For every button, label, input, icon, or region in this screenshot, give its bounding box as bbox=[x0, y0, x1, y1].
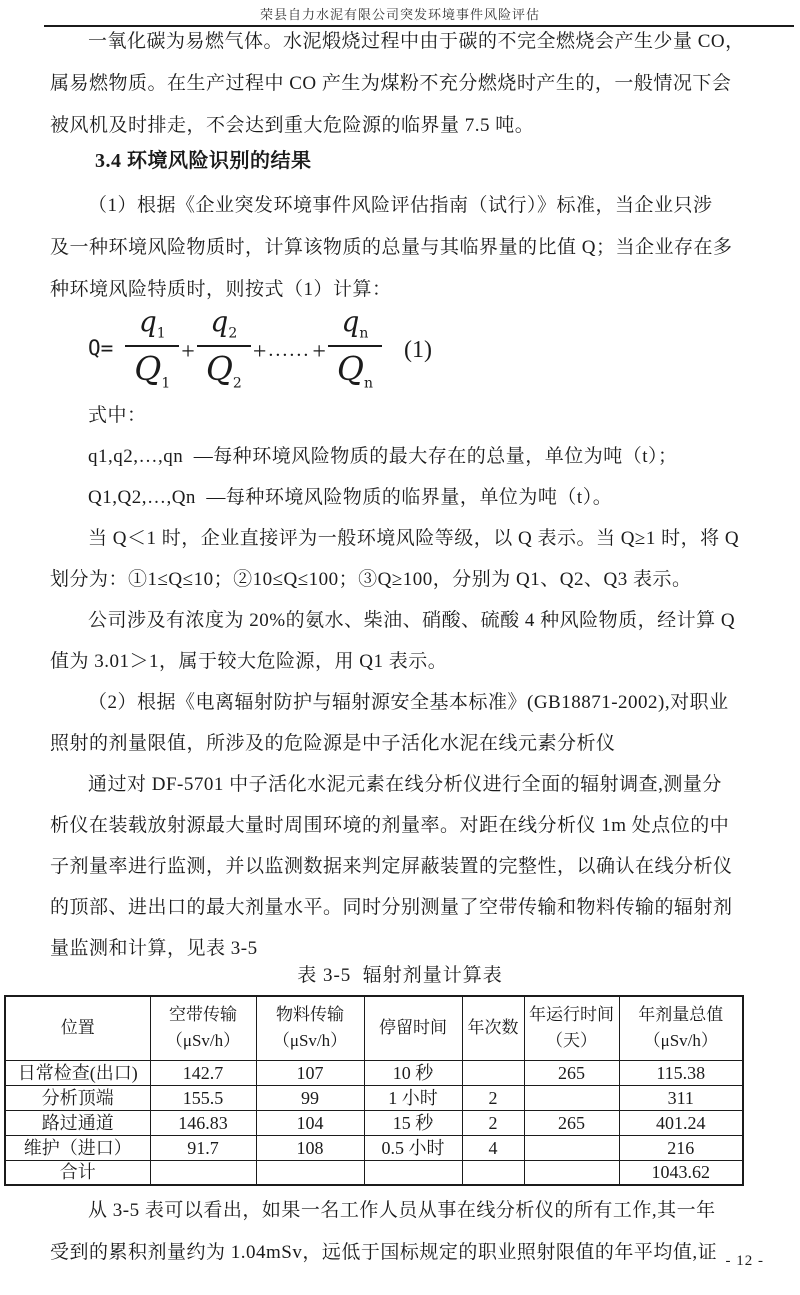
table-cell: 1 小时 bbox=[364, 1085, 462, 1110]
table-cell: 0.5 小时 bbox=[364, 1135, 462, 1160]
table-cell bbox=[462, 1060, 524, 1085]
table-header-cell: 年次数 bbox=[462, 996, 524, 1060]
formula-lhs: Q= bbox=[88, 336, 113, 360]
table-row: 分析顶端 155.5 99 1 小时 2 311 bbox=[5, 1085, 743, 1110]
doc-line: 受到的累积剂量约为 1.04mSv，远低于国标规定的职业照射限值的年平均值,证 bbox=[50, 1232, 766, 1274]
doc-line: q1,q2,…,qn —每种环境风险物质的最大存在的总量，单位为吨（t）； bbox=[50, 436, 766, 477]
table-header-row: 位置 空带传输（μSv/h） 物料传输（μSv/h） 停留时间 年次数 年运行时… bbox=[5, 996, 743, 1060]
table-cell: 216 bbox=[619, 1135, 743, 1160]
doc-line: 子剂量率进行监测，并以监测数据来判定屏蔽装置的完整性，以确认在线分析仪 bbox=[50, 846, 766, 887]
table-cell: 合计 bbox=[5, 1160, 150, 1185]
table-cell: 路过通道 bbox=[5, 1110, 150, 1135]
doc-line: 值为 3.01＞1，属于较大危险源，用 Q1 表示。 bbox=[50, 641, 766, 682]
doc-line: 照射的剂量限值，所涉及的危险源是中子活化水泥在线元素分析仪 bbox=[50, 723, 766, 764]
table-cell bbox=[364, 1160, 462, 1185]
table-cell bbox=[524, 1135, 619, 1160]
table-header-cell: 位置 bbox=[5, 996, 150, 1060]
table-header-cell: 停留时间 bbox=[364, 996, 462, 1060]
table-cell: 10 秒 bbox=[364, 1060, 462, 1085]
table-header-cell: 年运行时间（天） bbox=[524, 996, 619, 1060]
paragraph-carbon-monoxide: 一氧化碳为易燃气体。水泥煅烧过程中由于碳的不完全燃烧会产生少量 CO， 属易燃物… bbox=[50, 21, 766, 147]
table-cell bbox=[256, 1160, 364, 1185]
table-cell: 155.5 bbox=[150, 1085, 256, 1110]
doc-line: Q1,Q2,…,Qn —每种环境风险物质的临界量，单位为吨（t）。 bbox=[50, 477, 766, 518]
doc-line: （1）根据《企业突发环境事件风险评估指南（试行）》标准，当企业只涉 bbox=[50, 185, 766, 227]
table-cell: 分析顶端 bbox=[5, 1085, 150, 1110]
doc-line: 当 Q＜1 时，企业直接评为一般环境风险等级，以 Q 表示。当 Q≥1 时，将 … bbox=[50, 518, 766, 559]
doc-line: 划分为：①1≤Q≤10；②10≤Q≤100；③Q≥100，分别为 Q1、Q2、Q… bbox=[50, 559, 766, 600]
section-heading-3-4: 3.4 环境风险识别的结果 bbox=[95, 140, 312, 182]
table-cell: 日常检查(出口) bbox=[5, 1060, 150, 1085]
table-row: 合计 1043.62 bbox=[5, 1160, 743, 1185]
table-cell: 91.7 bbox=[150, 1135, 256, 1160]
table-cell: 维护（进口） bbox=[5, 1135, 150, 1160]
table-row: 日常检查(出口) 142.7 107 10 秒 265 115.38 bbox=[5, 1060, 743, 1085]
table-cell bbox=[462, 1160, 524, 1185]
doc-line: 析仪在装载放射源最大量时周围环境的剂量率。对距在线分析仪 1m 处点位的中 bbox=[50, 805, 766, 846]
definitions-and-paragraphs: 式中： q1,q2,…,qn —每种环境风险物质的最大存在的总量，单位为吨（t）… bbox=[50, 395, 766, 969]
table-cell bbox=[524, 1085, 619, 1110]
table-cell: 15 秒 bbox=[364, 1110, 462, 1135]
formula-q-equation: Q= q1 Q1 + q2 Q2 + ...... + qn Qn (1) bbox=[88, 300, 432, 396]
paragraph-item-1: （1）根据《企业突发环境事件风险评估指南（试行）》标准，当企业只涉 及一种环境风… bbox=[50, 185, 766, 311]
table-cell: 107 bbox=[256, 1060, 364, 1085]
table-cell: 1043.62 bbox=[619, 1160, 743, 1185]
table-cell: 2 bbox=[462, 1085, 524, 1110]
table-cell bbox=[524, 1160, 619, 1185]
conclusion-paragraph: 从 3-5 表可以看出，如果一名工作人员从事在线分析仪的所有工作,其一年 受到的… bbox=[50, 1190, 766, 1274]
table-header-cell: 空带传输（μSv/h） bbox=[150, 996, 256, 1060]
table-header-cell: 年剂量总值（μSv/h） bbox=[619, 996, 743, 1060]
fraction-term-1: q1 Q1 bbox=[125, 305, 179, 391]
document-page: 荣县自力水泥有限公司突发环境事件风险评估 一氧化碳为易燃气体。水泥煅烧过程中由于… bbox=[0, 0, 800, 1295]
table-row: 路过通道 146.83 104 15 秒 2 265 401.24 bbox=[5, 1110, 743, 1135]
plus-operator: + bbox=[312, 339, 326, 366]
plus-operator: + bbox=[253, 339, 267, 366]
table-cell: 311 bbox=[619, 1085, 743, 1110]
table-cell: 2 bbox=[462, 1110, 524, 1135]
fraction-term-2: q2 Q2 bbox=[197, 305, 251, 391]
plus-operator: + bbox=[181, 339, 195, 366]
ellipsis-dots: ...... bbox=[268, 339, 310, 362]
doc-line: 属易燃物质。在生产过程中 CO 产生为煤粉不充分燃烧时产生的，一般情况下会 bbox=[50, 63, 766, 105]
table-row: 维护（进口） 91.7 108 0.5 小时 4 216 bbox=[5, 1135, 743, 1160]
fraction-term-n: qn Qn bbox=[328, 305, 382, 391]
table-cell: 142.7 bbox=[150, 1060, 256, 1085]
equation-number: (1) bbox=[404, 337, 432, 364]
table-cell: 115.38 bbox=[619, 1060, 743, 1085]
page-number: - 12 - bbox=[726, 1253, 765, 1270]
doc-line: （2）根据《电离辐射防护与辐射源安全基本标准》(GB18871-2002),对职… bbox=[50, 682, 766, 723]
doc-line: 及一种环境风险物质时，计算该物质的总量与其临界量的比值 Q；当企业存在多 bbox=[50, 227, 766, 269]
doc-line: 的顶部、进出口的最大剂量水平。同时分别测量了空带传输和物料传输的辐射剂 bbox=[50, 887, 766, 928]
table-cell: 265 bbox=[524, 1110, 619, 1135]
table-cell: 108 bbox=[256, 1135, 364, 1160]
table-header-cell: 物料传输（μSv/h） bbox=[256, 996, 364, 1060]
doc-line: 通过对 DF-5701 中子活化水泥元素在线分析仪进行全面的辐射调查,测量分 bbox=[50, 764, 766, 805]
table-caption: 表 3-5 辐射剂量计算表 bbox=[0, 960, 800, 987]
table-cell: 401.24 bbox=[619, 1110, 743, 1135]
table-cell: 99 bbox=[256, 1085, 364, 1110]
doc-line: 从 3-5 表可以看出，如果一名工作人员从事在线分析仪的所有工作,其一年 bbox=[50, 1190, 766, 1232]
doc-line: 一氧化碳为易燃气体。水泥煅烧过程中由于碳的不完全燃烧会产生少量 CO， bbox=[50, 21, 766, 63]
table-cell: 265 bbox=[524, 1060, 619, 1085]
doc-line: 式中： bbox=[50, 395, 766, 436]
radiation-dose-table: 位置 空带传输（μSv/h） 物料传输（μSv/h） 停留时间 年次数 年运行时… bbox=[4, 995, 744, 1186]
table-cell: 104 bbox=[256, 1110, 364, 1135]
doc-line: 公司涉及有浓度为 20%的氨水、柴油、硝酸、硫酸 4 种风险物质，经计算 Q bbox=[50, 600, 766, 641]
table-cell bbox=[150, 1160, 256, 1185]
table-cell: 146.83 bbox=[150, 1110, 256, 1135]
table-cell: 4 bbox=[462, 1135, 524, 1160]
